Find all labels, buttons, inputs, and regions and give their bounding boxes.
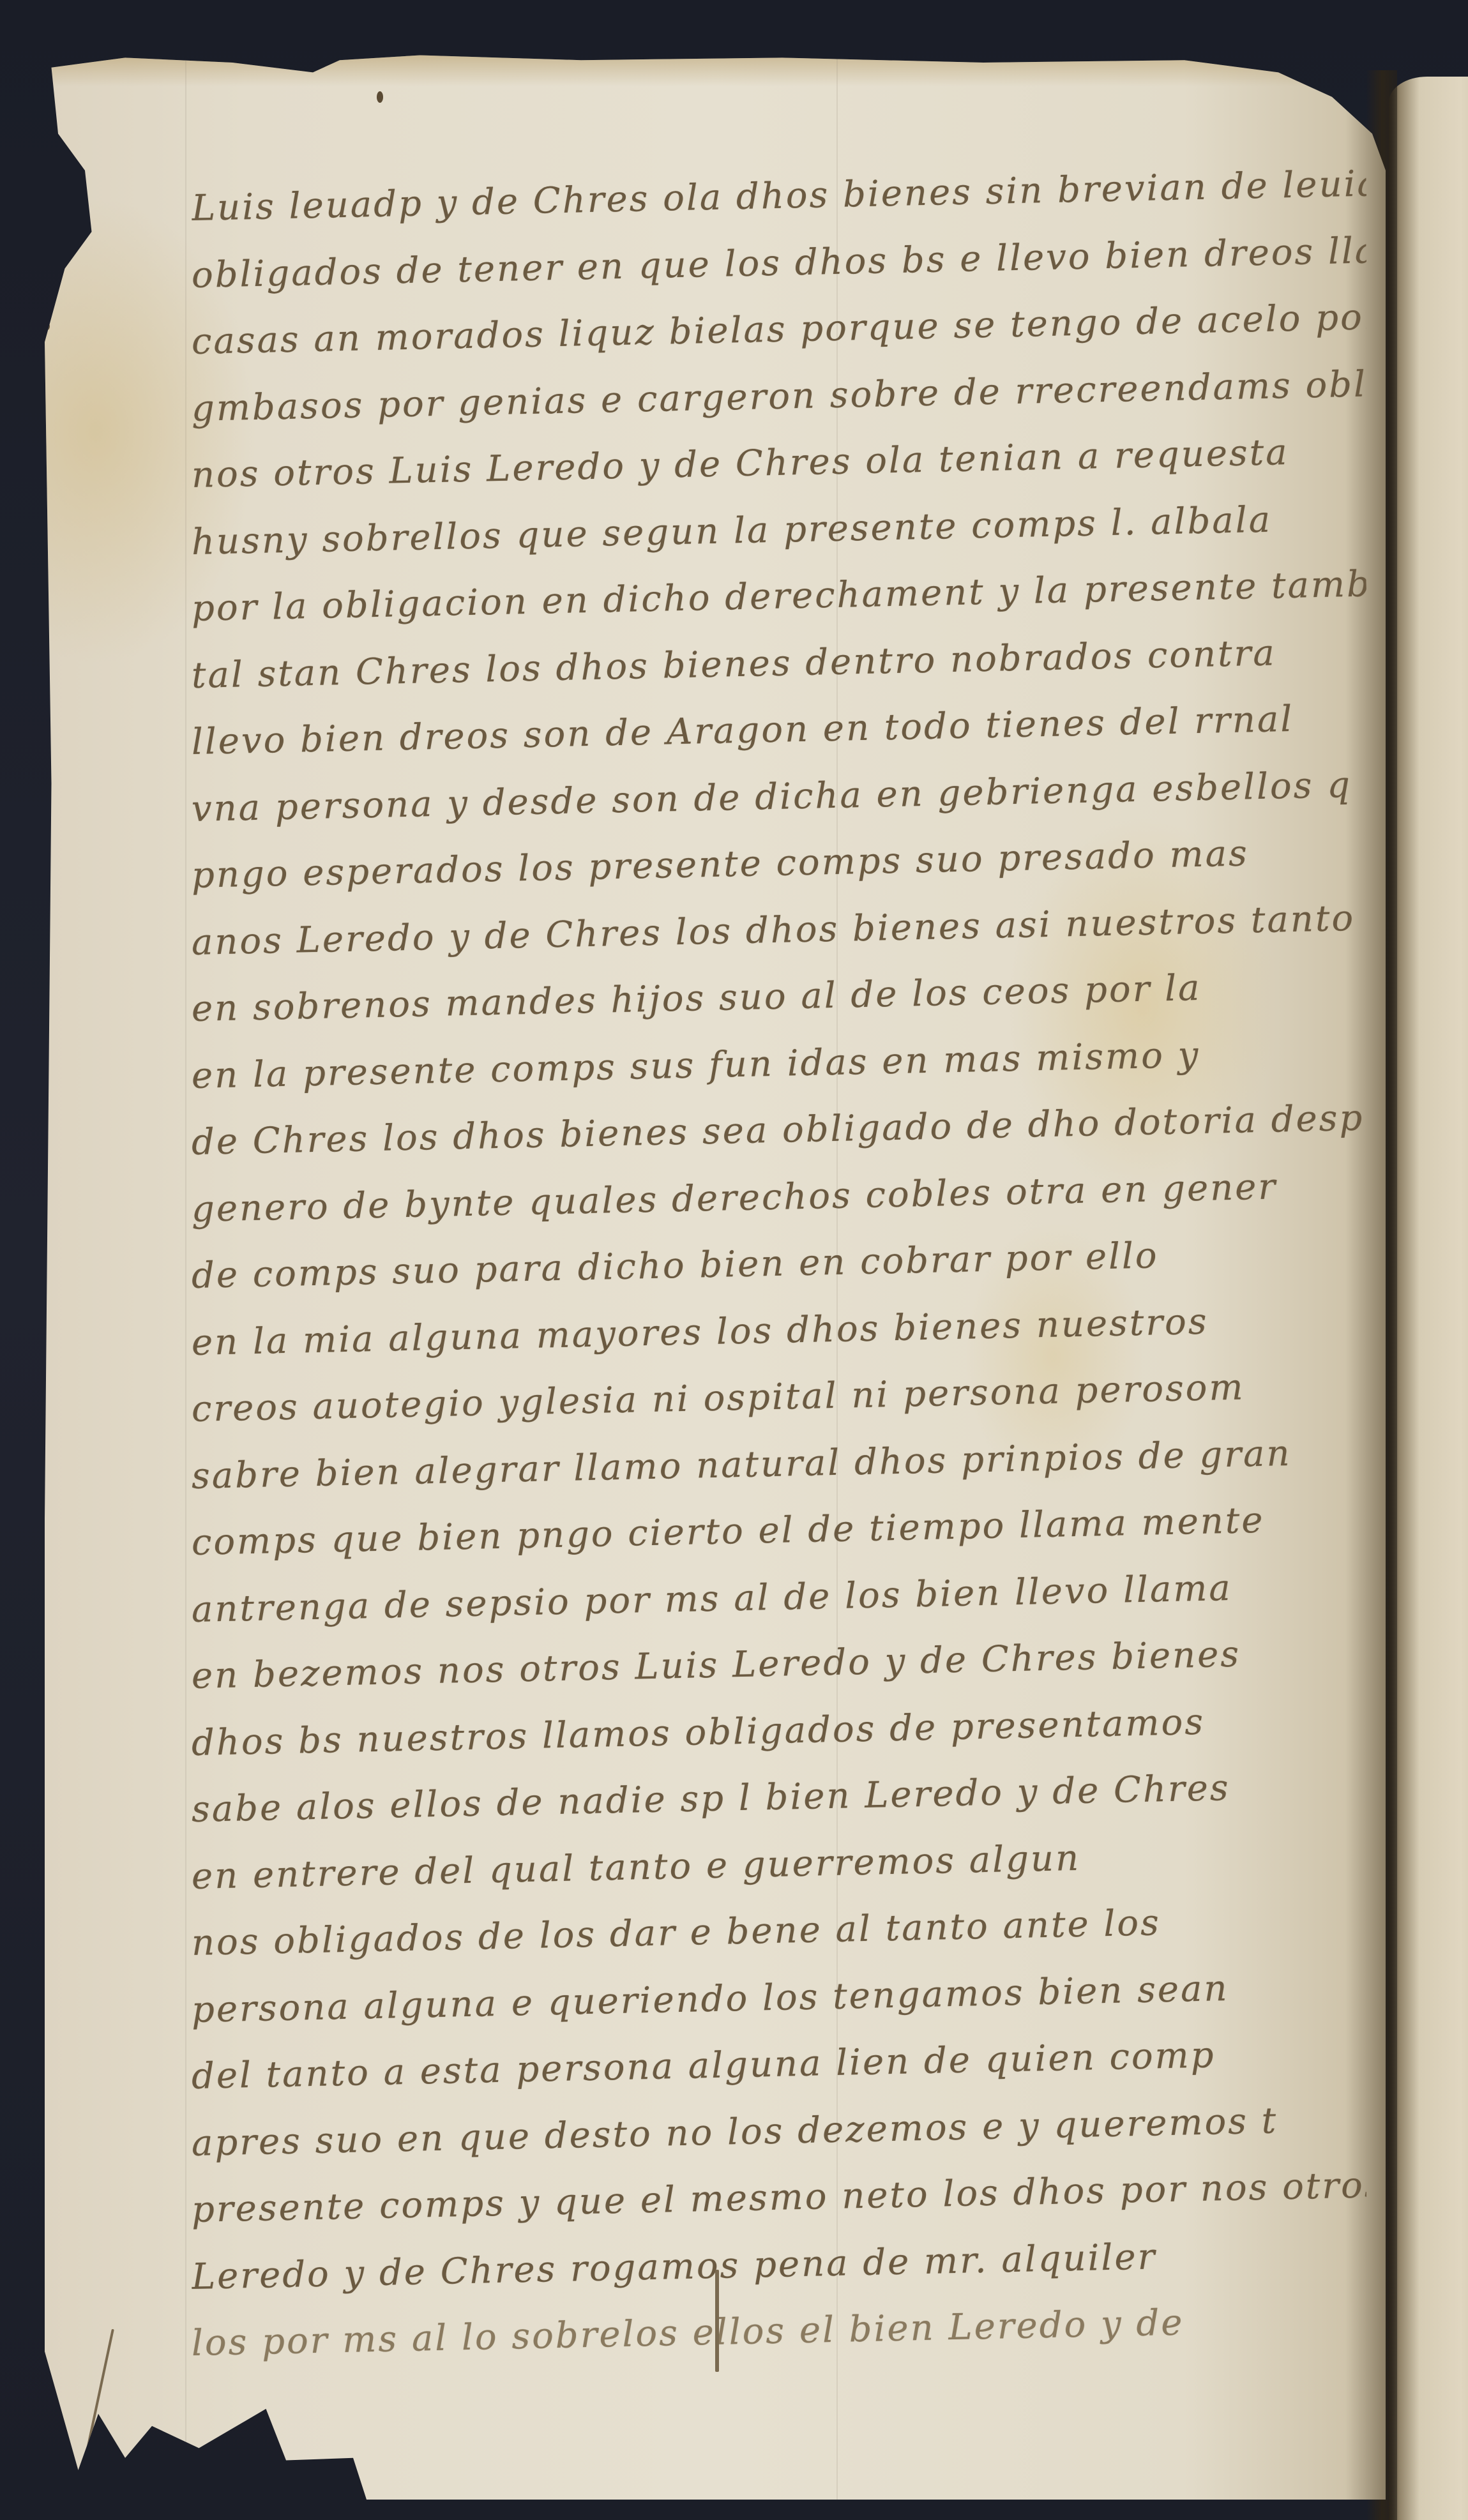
manuscript-photo: Luis leuadp y de Chres ola dhos bienes s… [0,0,1468,2520]
fold-line [185,48,186,2500]
manuscript-folio: Luis leuadp y de Chres ola dhos bienes s… [45,48,1386,2500]
ink-mark [45,322,50,330]
top-edge-stain [45,48,1386,86]
adjacent-page [1389,77,1468,2520]
pen-flourish [715,2270,719,2372]
pen-flourish [80,2329,114,2480]
manuscript-text: Luis leuadp y de Chres ola dhos bienes s… [192,176,1366,2378]
ink-mark [377,91,383,103]
